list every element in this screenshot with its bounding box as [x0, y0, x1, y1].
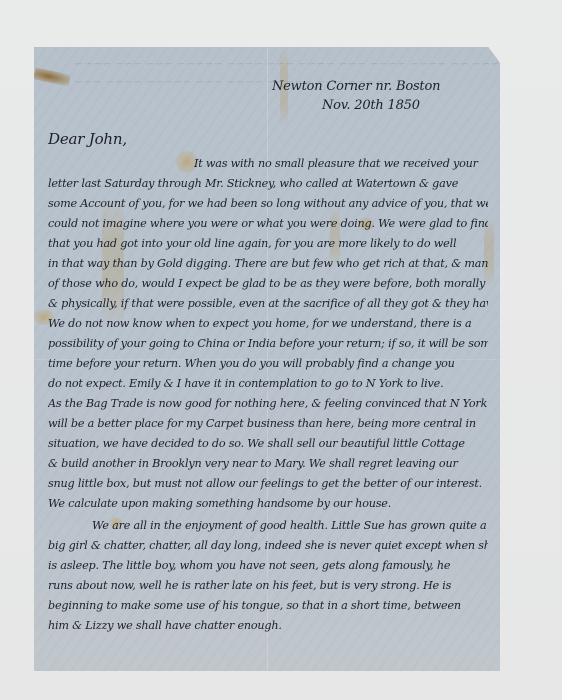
- letter-line: beginning to make some use of his tongue…: [48, 599, 488, 612]
- letter-line: some Account of you, for we had been so …: [48, 197, 488, 210]
- bleed-through-text: ~~~ ~~ ~~~~ ~~~~ ~~~ ~~~~ ~~~ ~~~~ ~~~~~…: [74, 57, 500, 70]
- letter-line: him & Lizzy we shall have chatter enough…: [48, 619, 488, 632]
- letter-paper: ~~~ ~~ ~~~~ ~~~~ ~~~ ~~~~ ~~~ ~~~~ ~~~~~…: [34, 47, 500, 671]
- letter-date: Nov. 20th 1850: [322, 98, 420, 113]
- letter-line: We are all in the enjoyment of good heal…: [92, 519, 488, 532]
- letter-line: situation, we have decided to do so. We …: [48, 437, 488, 450]
- letter-line: We calculate upon making something hands…: [48, 497, 488, 510]
- letter-line: As the Bag Trade is now good for nothing…: [48, 397, 488, 410]
- letter-line: big girl & chatter, chatter, all day lon…: [48, 539, 488, 552]
- letter-line: possibility of your going to China or In…: [48, 337, 488, 350]
- letter-line: & build another in Brooklyn very near to…: [48, 457, 488, 470]
- letter-line: do not expect. Emily & I have it in cont…: [48, 377, 488, 390]
- letter-line: time before your return. When you do you…: [48, 357, 488, 370]
- letter-line: will be a better place for my Carpet bus…: [48, 417, 488, 430]
- letter-line: runs about now, well he is rather late o…: [48, 579, 488, 592]
- letter-line: that you had got into your old line agai…: [48, 237, 488, 250]
- letter-line: & physically, if that were possible, eve…: [48, 297, 488, 310]
- letter-line: It was with no small pleasure that we re…: [194, 157, 494, 170]
- letter-salutation: Dear John,: [48, 130, 127, 148]
- letter-line: in that way than by Gold digging. There …: [48, 257, 488, 270]
- letter-line: We do not now know when to expect you ho…: [48, 317, 488, 330]
- left-edge-stain: [33, 67, 71, 86]
- letter-line: letter last Saturday through Mr. Stickne…: [48, 177, 488, 190]
- letter-line: snug little box, but must not allow our …: [48, 477, 488, 490]
- letter-line: is asleep. The little boy, whom you have…: [48, 559, 488, 572]
- letter-line: could not imagine where you were or what…: [48, 217, 488, 230]
- letter-place-heading: Newton Corner nr. Boston: [272, 79, 440, 94]
- letter-line: of those who do, would I expect be glad …: [48, 277, 488, 290]
